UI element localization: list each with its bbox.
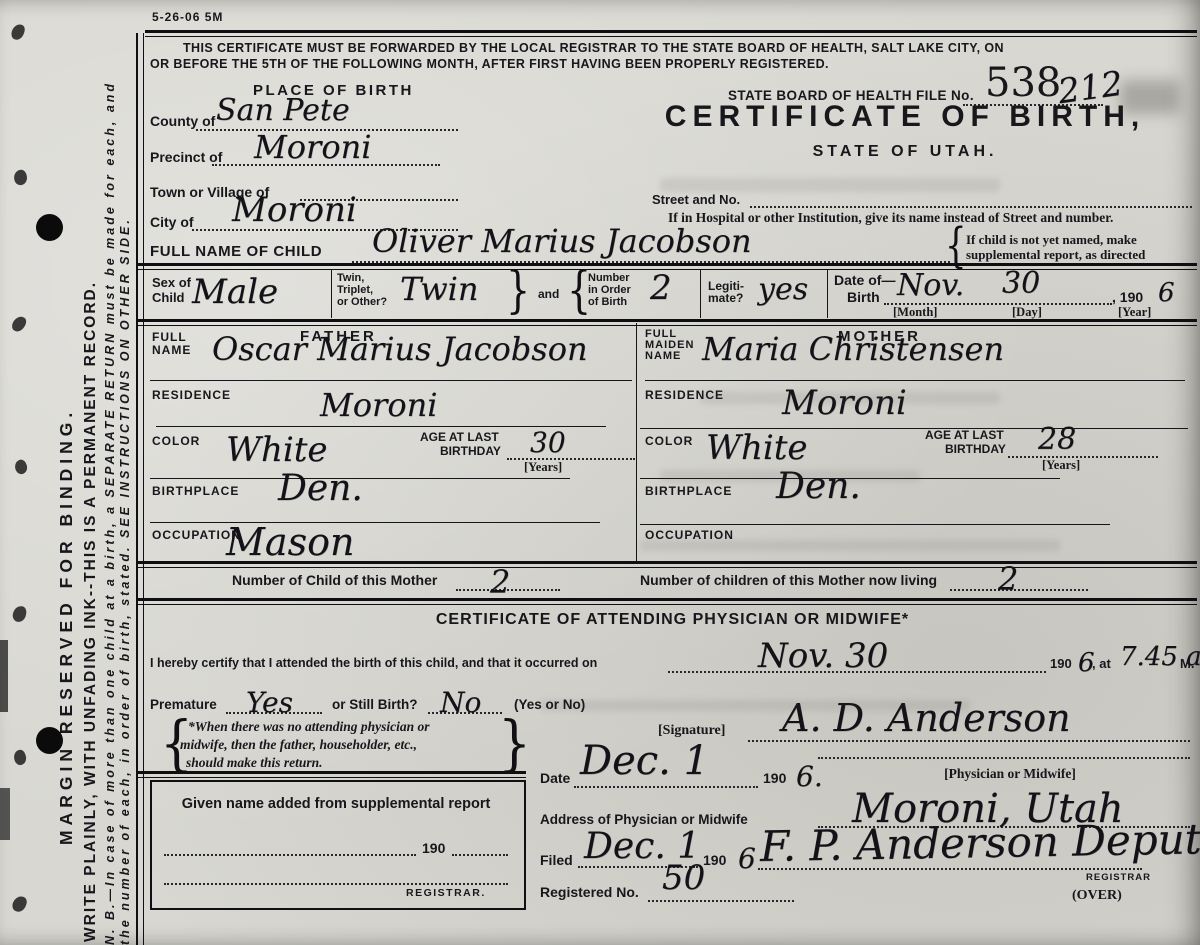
- stillbirth-label: or Still Birth?: [332, 697, 418, 712]
- registered-no-line: [648, 900, 794, 902]
- number-of-child-label: Number of Child of this Mother: [232, 572, 437, 588]
- date-year-written: 6.: [796, 760, 823, 793]
- order-value: 2: [650, 268, 672, 308]
- precinct-label: Precinct of: [150, 149, 222, 165]
- filed-signature-value: F. P. Anderson Deputy: [760, 814, 1200, 871]
- city-value: Moroni: [232, 190, 357, 230]
- punch-hole: [10, 314, 28, 334]
- scan-stain: [1120, 80, 1180, 114]
- filing-registrar-label: REGISTRAR: [1086, 872, 1151, 883]
- father-years-bracket: [Years]: [524, 460, 562, 475]
- father-name-label-line2: NAME: [152, 343, 191, 357]
- child-name-note-line1: If child is not yet named, make: [966, 232, 1137, 248]
- children-living-label: Number of children of this Mother now li…: [640, 572, 937, 588]
- legitimate-label-line2: mate?: [708, 291, 743, 305]
- cell-divider: [700, 270, 701, 318]
- bleed-through: [700, 392, 1000, 404]
- father-color-value: White: [226, 430, 328, 470]
- date-value: Dec. 1: [580, 738, 709, 784]
- physician-or-midwife-bracket: [Physician or Midwife]: [870, 766, 1150, 782]
- punch-hole: [12, 749, 28, 767]
- mother-age-label-line1: AGE AT LAST: [925, 428, 1004, 442]
- mother-name-writing-line: [645, 380, 1185, 381]
- ink-dot: [36, 214, 63, 241]
- margin-nb-note: N. B.—In case of more than one child at …: [103, 81, 133, 945]
- certify-statement: I hereby certify that I attended the bir…: [150, 656, 597, 670]
- child-name-note-line2: supplemental report, as directed: [966, 247, 1145, 263]
- city-label: City of: [150, 214, 194, 230]
- bracket-day: [Day]: [1012, 305, 1042, 320]
- sex-label-line2: Child: [152, 290, 185, 305]
- dob-label-line2: Birth: [847, 289, 880, 305]
- county-label: County of: [150, 113, 215, 129]
- brace-icon: }: [506, 261, 530, 318]
- filed-year-written: 6: [738, 842, 756, 875]
- father-age-label-line2: BIRTHDAY: [440, 444, 501, 458]
- rule-above-supplemental-box: [136, 771, 526, 778]
- premature-value: Yes: [246, 686, 293, 719]
- print-stamp: 5-26-06 5M: [152, 10, 223, 24]
- child-name-value: Oliver Marius Jacobson: [372, 222, 752, 260]
- number-of-child-value: 2: [490, 563, 510, 601]
- dob-label-line1: Date of—: [834, 272, 895, 288]
- punch-hole: [13, 458, 30, 476]
- precinct-value: Moroni: [254, 128, 371, 166]
- twin-value: Twin: [400, 270, 478, 308]
- dob-year-printed: , 190: [1112, 289, 1143, 305]
- county-value: San Pete: [216, 93, 350, 128]
- registered-no-value: 50: [662, 858, 705, 898]
- stillbirth-value: No: [440, 686, 481, 719]
- no-physician-note-line3: should make this return.: [186, 755, 323, 771]
- rule-below-counts: [136, 598, 1197, 605]
- mother-age-line: [1008, 456, 1158, 458]
- mother-birthplace-label: BIRTHPLACE: [645, 484, 732, 498]
- child-name-label: FULL NAME OF CHILD: [150, 243, 322, 260]
- bleed-through: [660, 470, 920, 482]
- registered-no-label: Registered No.: [540, 884, 639, 900]
- filed-label: Filed: [540, 852, 573, 868]
- punch-hole: [10, 894, 28, 914]
- filed-year-printed: 190: [703, 852, 726, 868]
- mother-age-label-line2: BIRTHDAY: [945, 442, 1006, 456]
- father-color-label: COLOR: [152, 434, 200, 448]
- form-left-border: [136, 33, 144, 945]
- birth-certificate-scan: MARGIN RESERVED FOR BINDING. WRITE PLAIN…: [0, 0, 1200, 945]
- father-residence-value: Moroni: [320, 386, 437, 424]
- father-name-writing-line: [150, 380, 632, 381]
- father-occupation-value: Mason: [226, 520, 354, 564]
- occurred-year-printed: 190: [1050, 656, 1072, 671]
- bracket-month: [Month]: [893, 305, 937, 320]
- punch-hole: [10, 22, 27, 41]
- scan-edge-mark: [0, 788, 10, 840]
- dob-day-value: 30: [1002, 266, 1040, 301]
- twin-label-line3: or Other?: [337, 296, 387, 308]
- street-line: [750, 206, 1192, 208]
- supplemental-year-line: [452, 854, 508, 856]
- supplemental-title: Given name added from supplemental repor…: [150, 796, 522, 812]
- bleed-through: [660, 178, 1000, 192]
- mother-color-value: White: [706, 428, 808, 468]
- children-living-line: [950, 589, 1088, 591]
- order-label-line1: Number: [588, 272, 630, 284]
- mother-years-bracket: [Years]: [1042, 458, 1080, 473]
- parents-center-divider: [636, 323, 637, 562]
- bleed-through: [640, 540, 1060, 551]
- street-label: Street and No.: [652, 192, 740, 207]
- occurred-m-label: M.: [1180, 656, 1194, 671]
- father-name-value: Oscar Marius Jacobson: [212, 330, 588, 368]
- sex-label-line1: Sex of: [152, 275, 191, 290]
- margin-permanent-record-text: WRITE PLAINLY, WITH UNFADING INK--THIS I…: [82, 281, 100, 942]
- bracket-year: [Year]: [1118, 305, 1151, 320]
- father-age-label-line1: AGE AT LAST: [420, 430, 499, 444]
- certificate-title: CERTIFICATE OF BIRTH,: [610, 100, 1200, 134]
- and-label: and: [538, 287, 559, 301]
- supplemental-line1: [164, 854, 416, 856]
- physician-certificate-heading: CERTIFICATE OF ATTENDING PHYSICIAN OR MI…: [150, 611, 1195, 629]
- father-birthplace-value: Den.: [278, 468, 363, 509]
- rule-below-parents: [136, 561, 1197, 568]
- mother-birthplace-writing-line: [640, 524, 1110, 525]
- date-label: Date: [540, 770, 570, 786]
- father-residence-label: RESIDENCE: [152, 388, 231, 402]
- mother-color-label: COLOR: [645, 434, 693, 448]
- rule-below-sex-row: [136, 319, 1197, 326]
- dob-month-value: Nov.: [897, 268, 964, 303]
- twin-label-line1: Twin,: [337, 272, 364, 284]
- punch-hole: [12, 605, 28, 623]
- address-label: Address of Physician or Midwife: [540, 812, 748, 827]
- sex-value: Male: [192, 272, 278, 312]
- mother-name-value: Maria Christensen: [702, 330, 1004, 368]
- supplemental-year: 190: [422, 840, 445, 856]
- over-label: (OVER): [1072, 888, 1122, 904]
- margin-nb-line2: the number of each, in order of birth, s…: [118, 81, 133, 945]
- father-birthplace-writing-line: [150, 522, 600, 523]
- order-label-line3: of Birth: [588, 296, 627, 308]
- mother-name-label-line3: NAME: [645, 350, 681, 362]
- supplemental-line2: [164, 883, 508, 885]
- legitimate-value: yes: [758, 272, 808, 307]
- cell-divider: [331, 270, 332, 318]
- margin-nb-line1: N. B.—In case of more than one child at …: [103, 81, 118, 945]
- margin-binding-text: MARGIN RESERVED FOR BINDING.: [56, 408, 77, 845]
- bleed-through: [540, 700, 970, 711]
- occurred-date-value: Nov. 30: [758, 636, 888, 676]
- children-living-value: 2: [998, 560, 1018, 598]
- father-name-label-line1: FULL: [152, 330, 187, 344]
- dob-year-written: 6: [1158, 278, 1175, 308]
- signature-line: [748, 740, 1190, 742]
- no-physician-note-line1: *When there was no attending physician o…: [188, 719, 430, 735]
- certificate-subtitle: STATE OF UTAH.: [610, 143, 1200, 161]
- order-label-line2: in Order: [588, 284, 631, 296]
- date-year-printed: 190: [763, 770, 786, 786]
- supplemental-registrar-label: REGISTRAR.: [406, 887, 486, 899]
- date-line: [574, 786, 758, 788]
- forwarding-notice-line1: THIS CERTIFICATE MUST BE FORWARDED BY TH…: [183, 41, 1004, 55]
- cell-divider: [827, 270, 828, 318]
- father-birthplace-label: BIRTHPLACE: [152, 484, 239, 498]
- punch-hole: [12, 169, 28, 187]
- twin-label-line2: Triplet,: [337, 284, 373, 296]
- scan-edge-mark: [0, 640, 8, 712]
- occurred-at-label: , at: [1092, 656, 1111, 671]
- forwarding-notice-line2: OR BEFORE THE 5TH OF THE FOLLOWING MONTH…: [150, 57, 829, 71]
- father-age-value: 30: [530, 426, 566, 459]
- brace-icon: }: [498, 710, 531, 779]
- mother-age-value: 28: [1038, 422, 1076, 457]
- signature-label: [Signature]: [658, 723, 725, 739]
- top-rule: [145, 30, 1197, 37]
- physician-or-midwife-line: [818, 757, 1190, 759]
- no-physician-note-line2: midwife, then the father, householder, e…: [180, 737, 417, 753]
